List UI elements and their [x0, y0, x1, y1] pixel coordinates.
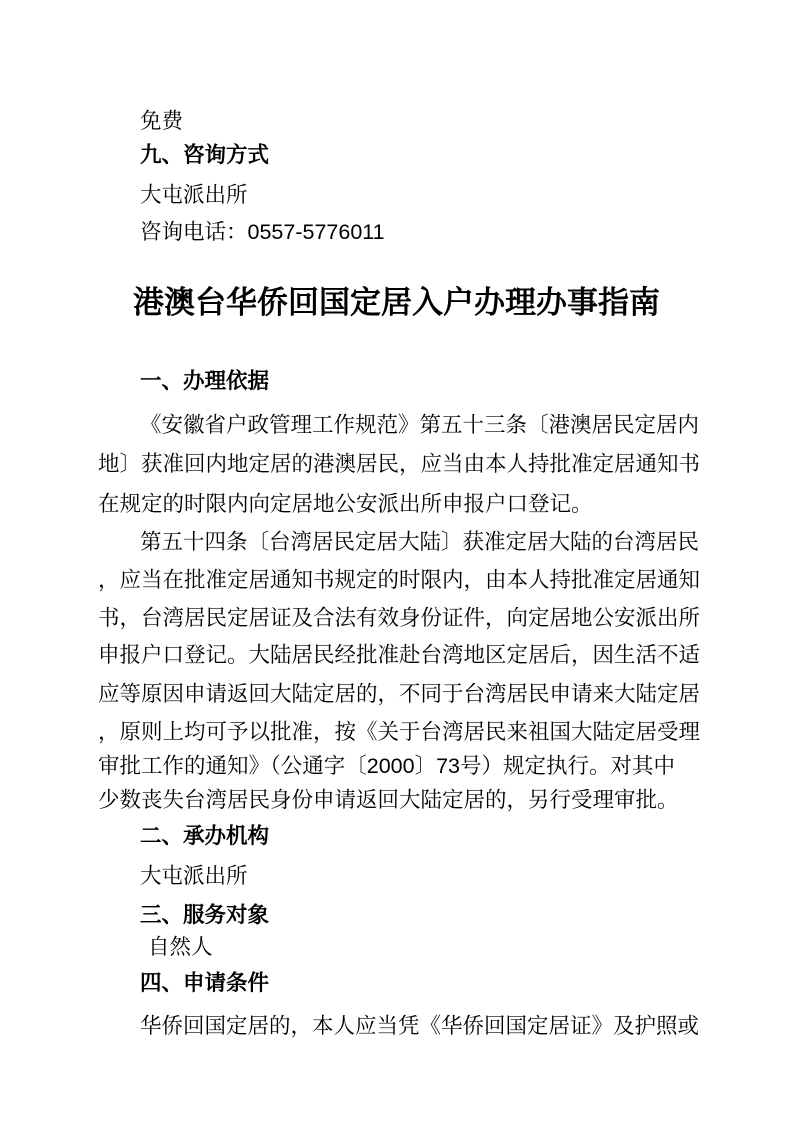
section-2-office-text: 大屯派出所 — [140, 862, 248, 890]
section-3-target-text: 自然人 — [148, 933, 213, 961]
section-1-para-2-line-6: ，原则上均可予以批准，按《关于台湾居民来祖国大陆定居受理 — [98, 718, 700, 746]
section-1-para-1-line-3: 在规定的时限内向定居地公安派出所申报户口登记。 — [98, 490, 593, 518]
consult-office-text: 大屯派出所 — [140, 181, 248, 209]
section-3-heading: 三、服务对象 — [140, 901, 269, 929]
document-title: 港澳台华侨回国定居入户办理办事指南 — [0, 282, 793, 324]
section-1-para-2-line-8: 少数丧失台湾居民身份申请返回大陆定居的，另行受理审批。 — [98, 786, 679, 814]
section-4-heading: 四、申请条件 — [140, 969, 269, 997]
section-1-para-2-line-5: 应等原因申请返回大陆定居的，不同于台湾居民申请来大陆定居 — [98, 680, 700, 708]
section-1-para-2-line-2: ，应当在批准定居通知书规定的时限内，由本人持批准定居通知 — [98, 566, 700, 594]
document-page: 免费 九、咨询方式 大屯派出所 咨询电话：0557-5776011 港澳台华侨回… — [0, 0, 793, 1122]
section-2-heading: 二、承办机构 — [140, 822, 269, 850]
section-1-para-2-line-3: 书，台湾居民定居证及合法有效身份证件，向定居地公安派出所 — [98, 604, 700, 632]
section-1-heading: 一、办理依据 — [140, 367, 269, 395]
section-1-para-2-line-7: 审批工作的通知》（公通字〔2000〕73号）规定执行。对其中 — [98, 752, 675, 780]
section-9-heading: 九、咨询方式 — [140, 141, 269, 169]
section-1-para-1-line-1: 《安徽省户政管理工作规范》第五十三条〔港澳居民定居内 — [140, 411, 699, 439]
section-1-para-2-line-4: 申报户口登记。大陆居民经批准赴台湾地区定居后，因生活不适 — [98, 641, 700, 669]
consult-phone-text: 咨询电话：0557-5776011 — [140, 218, 385, 246]
section-1-para-1-line-2: 地〕获准回内地定居的港澳居民，应当由本人持批准定居通知书 — [98, 450, 700, 478]
section-1-para-2-line-1: 第五十四条〔台湾居民定居大陆〕获准定居大陆的台湾居民 — [140, 528, 699, 556]
section-4-para-line-1: 华侨回国定居的，本人应当凭《华侨回国定居证》及护照或 — [140, 1012, 699, 1040]
fee-value-text: 免费 — [140, 107, 183, 135]
